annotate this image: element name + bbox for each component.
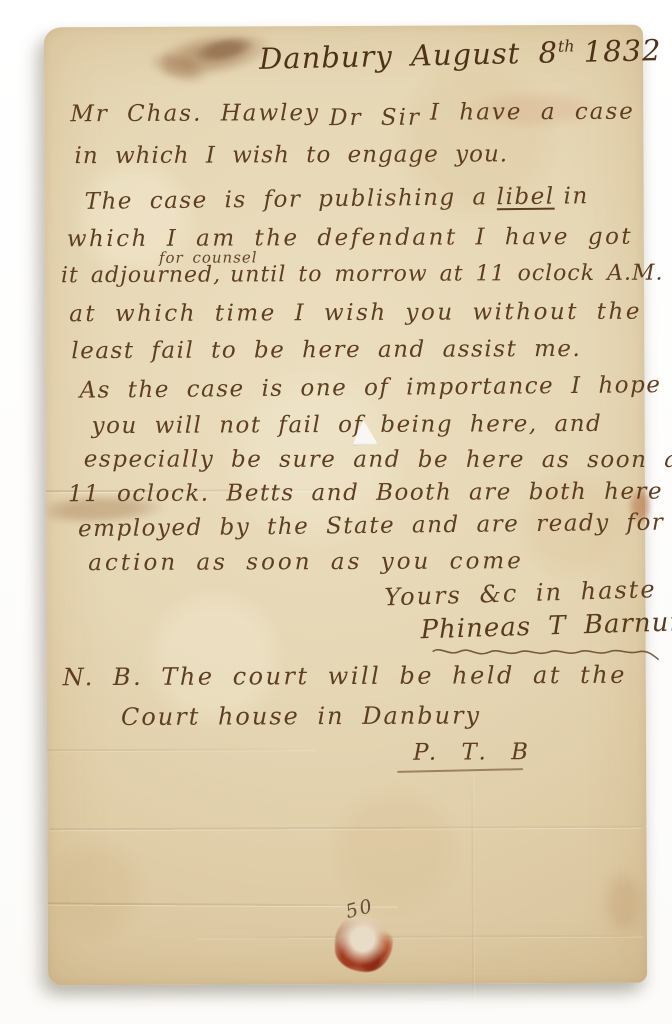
dateline-ordinal: th — [558, 36, 575, 55]
body-3-after: in — [563, 183, 588, 209]
line-initials: P. T. B — [413, 739, 533, 767]
fold-crease — [198, 935, 643, 939]
line-signature: Phineas T Barnum — [420, 607, 672, 647]
line-body-12: employed by the State and are ready for — [78, 510, 665, 544]
corner-foxing-stain — [604, 871, 644, 935]
line-closing: Yours &c in haste — [384, 575, 657, 612]
line-body-3: The case is for publishing alibelin — [85, 183, 589, 216]
fold-crease — [47, 748, 317, 751]
wax-seal-remnant — [335, 916, 393, 972]
initials-underline — [397, 768, 523, 773]
fold-crease — [49, 826, 641, 831]
fold-crease-vertical — [471, 769, 474, 1007]
line-body-2: in which I wish to engage you. — [74, 141, 508, 170]
salutation-dear-sir: Dr Sir — [329, 105, 421, 131]
line-body-5: it adjourned,for counseluntil to morrow … — [61, 261, 664, 290]
body-3-libel-underlined: libel — [497, 184, 555, 211]
line-body-9: you will not fail of being here, and — [92, 411, 603, 441]
body-3-before: The case is for publishing a — [85, 184, 488, 215]
ink-smudge-stain-tail — [146, 46, 211, 89]
photo-background: Danbury August 8th1832 Mr Chas. HawleyDr… — [0, 0, 672, 1024]
line-body-11: 11 oclock. Betts and Booth are both here — [68, 479, 663, 509]
line-dateline: Danbury August 8th1832 — [259, 33, 662, 77]
line-body-4: which I am the defendant I have got — [67, 224, 633, 254]
dateline-place-date: Danbury August 8 — [259, 35, 559, 76]
salutation-address: Mr Chas. Hawley — [70, 100, 320, 127]
line-body-13: action as soon as you come — [88, 548, 524, 577]
ink-smudge-stain-core — [192, 32, 255, 66]
line-body-6: at which time I wish you without the — [69, 299, 642, 329]
letter-page: Danbury August 8th1832 Mr Chas. HawleyDr… — [44, 25, 647, 986]
line-postscript-2: Court house in Danbury — [121, 701, 481, 731]
line-body-7: least fail to be here and assist me. — [71, 336, 581, 366]
body-5-insertion-for-counsel: for counsel — [159, 248, 258, 266]
body-5-after: until to morrow at 11 oclock A.M. — [230, 261, 663, 288]
line-body-10: especially be sure and be here as soon a… — [84, 447, 672, 475]
dateline-year: 1832 — [583, 33, 662, 69]
line-postscript-1: N. B. The court will be held at the — [63, 661, 627, 692]
line-body-8: As the case is one of importance I hope — [79, 372, 661, 405]
line-salutation: Mr Chas. HawleyDr SirI have a case — [70, 99, 635, 129]
salutation-opening: I have a case — [430, 99, 635, 126]
